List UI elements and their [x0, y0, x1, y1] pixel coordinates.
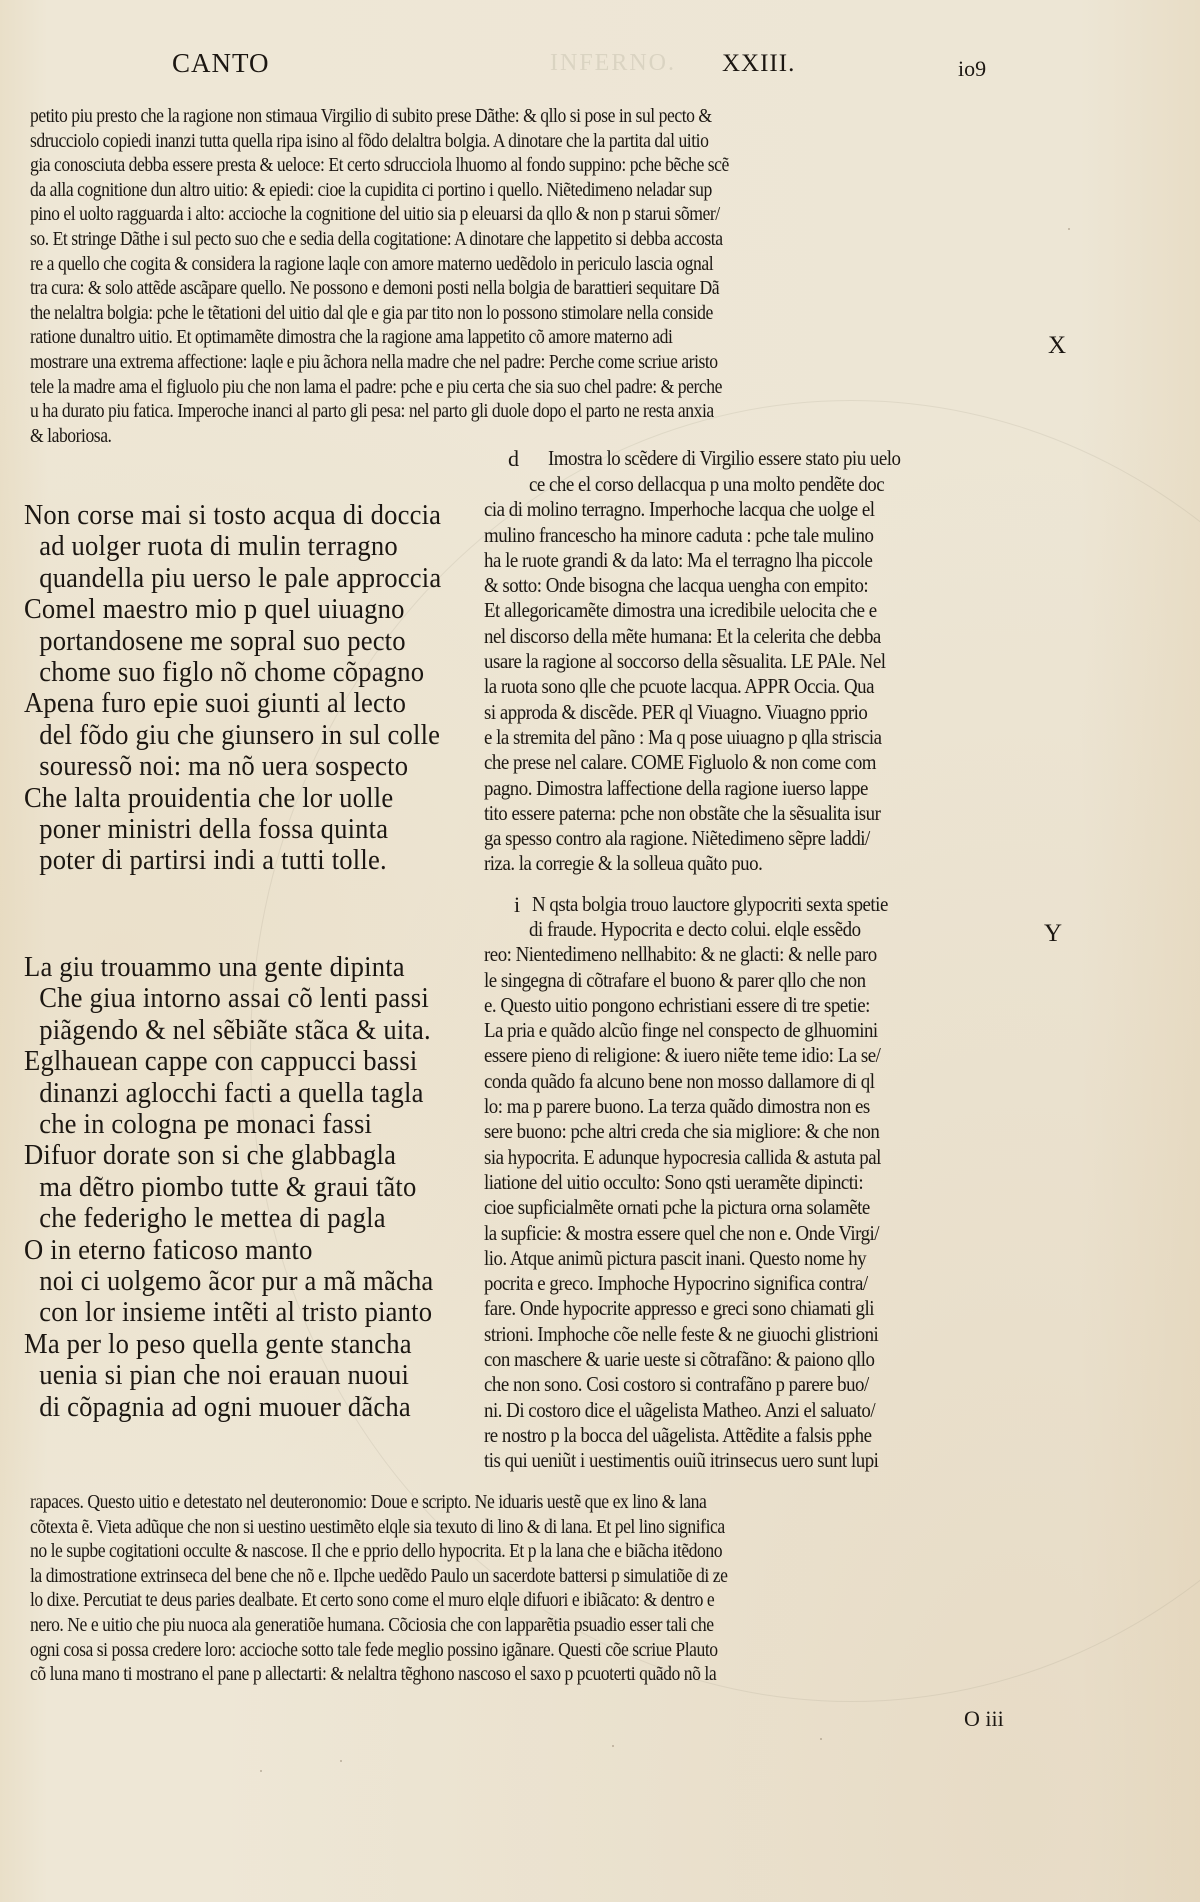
commentary-line: le singegna di cõtrafare el buono & pare… [484, 968, 988, 993]
paper-speck [260, 1770, 262, 1772]
commentary-line: pocrita e greco. Imphoche Hypocrino sign… [484, 1271, 988, 1296]
commentary-line: u ha durato piu fatica. Imperoche inanci… [30, 399, 907, 424]
verse-line: La giu trouammo una gente dipinta [24, 952, 433, 983]
commentary-line: reo: Nientedimeno nellhabito: & ne glact… [484, 942, 988, 967]
verse-line: uenia si pian che noi erauan nuoui [24, 1360, 433, 1391]
margin-note-y: Y [1044, 920, 1062, 948]
commentary-line: nero. Ne e uitio che piu nuoca ala gener… [30, 1613, 907, 1638]
commentary-line: tis qui ueniũt i uestimentis ouiũ itrins… [484, 1448, 988, 1473]
commentary-line: Imostra lo scẽdere di Virgilio essere st… [548, 446, 900, 471]
verse-line: con lor insieme intẽti al tristo pianto [24, 1297, 433, 1328]
commentary-line: da alla cognitione dun altro uitio: & ep… [30, 178, 907, 203]
signature-mark: O iii [964, 1706, 1004, 1732]
paper-speck [1068, 228, 1070, 230]
commentary-line: fare. Onde hypocrite appresso e greci so… [484, 1296, 988, 1321]
folio-number: io9 [958, 56, 986, 82]
commentary-bottom: rapaces. Questo uitio e detestato nel de… [30, 1490, 1050, 1687]
canto-label: CANTO [172, 48, 270, 79]
commentary-line: liatione del uitio occulto: Sono qsti ue… [484, 1170, 988, 1195]
commentary-line: N qsta bolgia trouo lauctore glypocriti … [532, 892, 888, 917]
commentary-line: la supficie: & mostra essere quel che no… [484, 1221, 988, 1246]
commentary-line: sdrucciolo copiedi inanzi tutta quella r… [30, 129, 907, 154]
commentary-line: rapaces. Questo uitio e detestato nel de… [30, 1490, 907, 1515]
commentary-line: cõ luna mano ti mostrano el pane p allec… [30, 1662, 907, 1687]
commentary-line: ga spesso contro ala ragione. Niẽtedimen… [484, 826, 988, 851]
commentary-line: che prese nel calare. COME Figluolo & no… [484, 750, 988, 775]
commentary-line: re nostro p la bocca del uãgelista. Attẽ… [484, 1423, 988, 1448]
paper-speck [340, 1760, 342, 1762]
gloss-d: ce che el corso dellacqua p una molto pe… [484, 472, 1044, 877]
commentary-line: cia di molino terragno. Imperhoche lacqu… [484, 497, 988, 522]
verse-line: Ma per lo peso quella gente stancha [24, 1329, 433, 1360]
commentary-line: pino el uolto ragguarda i alto: accioche… [30, 202, 907, 227]
verse-line: Comel maestro mio p quel uiuagno [24, 594, 441, 625]
verse-line: Difuor dorate son si che glabbagla [24, 1140, 433, 1171]
gloss-marker-d: d [508, 446, 519, 472]
gloss-marker-i: i [514, 892, 520, 918]
verse-line: souressõ noi: ma nõ uera sospecto [24, 751, 441, 782]
commentary-line: mulino francescho ha minore caduta : pch… [484, 523, 988, 548]
canto-number: XXIII. [722, 50, 795, 78]
commentary-line: nel discorso della mẽte humana: Et la ce… [484, 624, 988, 649]
verse-line: Che giua intorno assai cõ lenti passi [24, 983, 433, 1014]
commentary-line: ce che el corso dellacqua p una molto pe… [484, 472, 988, 497]
commentary-line: no le supbe cogitationi occulte & nascos… [30, 1539, 907, 1564]
margin-note-x: X [1048, 332, 1066, 360]
verse-line: Apena furo epie suoi giunti al lecto [24, 688, 441, 719]
verse-line: di cõpagnia ad ogni muouer dãcha [24, 1392, 433, 1423]
commentary-line: cõtexta ẽ. Vieta adũque che non si uesti… [30, 1515, 907, 1540]
commentary-line: petito piu presto che la ragione non sti… [30, 104, 907, 129]
commentary-line: the nelaltra bolgia: pche le tẽtationi d… [30, 301, 907, 326]
verse-line: che federigho le mettea di pagla [24, 1203, 433, 1234]
running-head: INFERNO. CANTO XXIII. io9 [0, 48, 1200, 88]
commentary-line: ogni cosa si possa credere loro: accioch… [30, 1638, 907, 1663]
commentary-line: gia conosciuta debba essere presta & uel… [30, 153, 907, 178]
commentary-line: & sotto: Onde bisogna che lacqua uengha … [484, 573, 988, 598]
commentary-line: & laboriosa. [30, 424, 907, 449]
commentary-line: tra cura: & solo attẽde ascãpare quello.… [30, 276, 907, 301]
verse-block-1: Non corse mai si tosto acqua di doccia a… [24, 500, 463, 877]
commentary-line: cioe supficialmẽte ornati pche la pictur… [484, 1195, 988, 1220]
verse-block-2: La giu trouammo una gente dipinta Che gi… [24, 952, 455, 1423]
commentary-line: conda quãdo fa alcuno bene non mosso dal… [484, 1069, 988, 1094]
show-through-text: INFERNO. [550, 50, 676, 77]
commentary-line: di fraude. Hypocrita e decto colui. elql… [484, 917, 988, 942]
verse-line: dinanzi aglocchi facti a quella tagla [24, 1078, 433, 1109]
verse-line: Eglhauean cappe con cappucci bassi [24, 1046, 433, 1077]
commentary-line: la dimostratione extrinseca del bene che… [30, 1564, 907, 1589]
commentary-line: re a quello che cogita & considera la ra… [30, 252, 907, 277]
commentary-line: Et allegoricamẽte dimostra una icredibil… [484, 598, 988, 623]
verse-line: piãgendo & nel sẽbiãte stãca & uita. [24, 1015, 433, 1046]
commentary-line: che non sono. Cosi costoro si contrafãno… [484, 1372, 988, 1397]
commentary-line: con maschere & uarie ueste si cõtrafãno:… [484, 1347, 988, 1372]
commentary-line: ratione dunaltro uitio. Et optimamẽte di… [30, 325, 907, 350]
commentary-line: strioni. Imphoche cõe nelle feste & ne g… [484, 1322, 988, 1347]
gloss-i-first-line: N qsta bolgia trouo lauctore glypocriti … [532, 892, 927, 917]
commentary-line: ha le ruote grandi & da lato: Ma el terr… [484, 548, 988, 573]
commentary-line: e la stremita del pãno : Ma q pose uiuag… [484, 725, 988, 750]
commentary-line: tito essere paterna: pche non obstãte ch… [484, 801, 988, 826]
commentary-line: e. Questo uitio pongono echristiani esse… [484, 993, 988, 1018]
verse-line: poter di partirsi indi a tutti tolle. [24, 845, 441, 876]
verse-line: O in eterno faticoso manto [24, 1235, 433, 1266]
commentary-line: si approda & discẽde. PER ql Viuagno. Vi… [484, 700, 988, 725]
commentary-line: lo: ma p parere buono. La terza quãdo di… [484, 1094, 988, 1119]
verse-line: Non corse mai si tosto acqua di doccia [24, 500, 441, 531]
commentary-line: lo dixe. Percutiat te deus paries dealba… [30, 1588, 907, 1613]
commentary-line: ni. Di costoro dice el uãgelista Matheo.… [484, 1398, 988, 1423]
gloss-i: di fraude. Hypocrita e decto colui. elql… [484, 917, 1044, 1474]
commentary-line: riza. la corregie & la solleua quãto puo… [484, 851, 988, 876]
commentary-line: so. Et stringe Dãthe i sul pecto suo che… [30, 227, 907, 252]
verse-line: che in cologna pe monaci fassi [24, 1109, 433, 1140]
verse-line: portandosene me sopral suo pecto [24, 626, 441, 657]
commentary-line: essere pieno di religione: & iuero niẽte… [484, 1043, 988, 1068]
verse-line: quandella piu uerso le pale approccia [24, 563, 441, 594]
verse-line: del fõdo giu che giunsero in sul colle [24, 720, 441, 751]
commentary-line: mostrare una extrema affectione: laqle e… [30, 350, 907, 375]
paper-speck [820, 1738, 822, 1740]
verse-line: ma dẽtro piombo tutte & graui tãto [24, 1172, 433, 1203]
commentary-line: la ruota sono qlle che pcuote lacqua. AP… [484, 674, 988, 699]
commentary-line: lio. Atque animũ pictura pascit inani. Q… [484, 1246, 988, 1271]
gloss-d-first-line: Imostra lo scẽdere di Virgilio essere st… [548, 446, 940, 471]
verse-line: Che lalta prouidentia che lor uolle [24, 783, 441, 814]
book-page: INFERNO. CANTO XXIII. io9 petito piu pre… [0, 0, 1200, 1902]
commentary-top: petito piu presto che la ragione non sti… [30, 104, 1050, 448]
commentary-line: sia hypocrita. E adunque hypocresia call… [484, 1145, 988, 1170]
commentary-line: La pria e quãdo alcũo finge nel conspect… [484, 1018, 988, 1043]
verse-line: poner ministri della fossa quinta [24, 814, 441, 845]
commentary-line: sere buono: pche altri creda che sia mig… [484, 1119, 988, 1144]
commentary-line: tele la madre ama el figluolo piu che no… [30, 375, 907, 400]
commentary-line: pagno. Dimostra laffectione della ragion… [484, 776, 988, 801]
commentary-line: usare la ragione al soccorso della sẽsua… [484, 649, 988, 674]
verse-line: ad uolger ruota di mulin terragno [24, 531, 441, 562]
verse-line: noi ci uolgemo ãcor pur a mã mãcha [24, 1266, 433, 1297]
verse-line: chome suo figlo nõ chome cõpagno [24, 657, 441, 688]
paper-speck [612, 1745, 614, 1747]
